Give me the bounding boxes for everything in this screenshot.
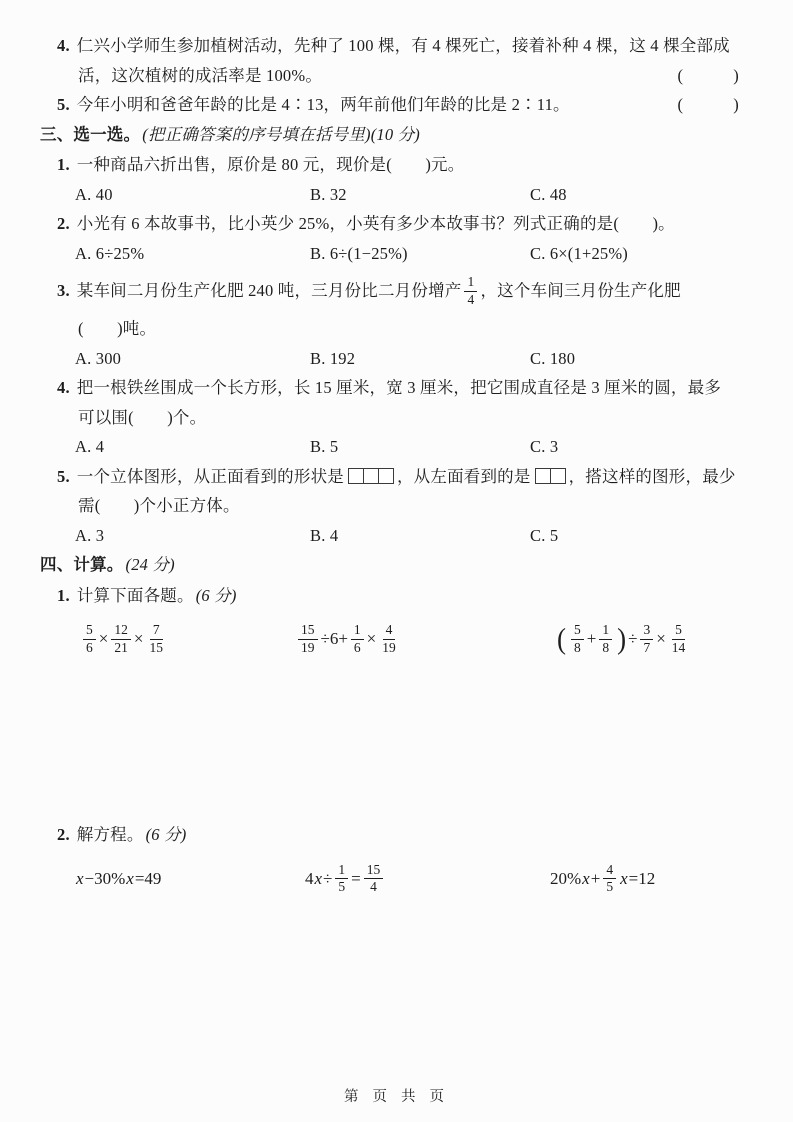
math-text: × [134,629,144,649]
fraction: 514 [669,622,689,655]
work-space [40,668,755,820]
calc-expressions-row: 56×1221×715 1519÷6+16×419 (58+18)÷37×514 [80,610,755,668]
paper-content: 4.仁兴小学师生参加植树活动，先种了 100 棵，有 4 棵死亡，接着补种 4 … [0,0,793,908]
fraction: 16 [351,622,364,655]
big-parenthesis: ) [617,622,626,655]
math-text: × [367,629,377,649]
choice-question-4-line1: 4.把一根铁丝围成一个长方形，长 15 厘米，宽 3 厘米，把它围成直径是 3 … [57,373,755,403]
option-c: C. 48 [530,180,755,210]
square-cell [535,468,551,484]
choice-question-4-line2: 可以围( )个。 [78,403,755,433]
choice-question-1: 1.一种商品六折出售，原价是 80 元，现价是( )元。 [57,150,755,180]
choice-question-3-options: A. 300 B. 192 C. 180 [75,344,755,374]
question-number: 4. [57,378,70,397]
math-text: =12 [629,869,656,889]
option-b: B. 6÷(1−25%) [310,239,530,269]
subsection-number: 2. [57,825,70,844]
section-title: 四、计算。 [40,556,124,574]
variable: x [76,869,84,889]
subsection-score: (6 分) [146,825,187,844]
question-text: 今年小明和爸爸年龄的比是 4∶13，两年前他们年龄的比是 2∶11。 [77,95,570,114]
section-choice-header: 三、选一选。(把正确答案的序号填在括号里)(10 分) [40,120,755,151]
section-calc-header: 四、计算。(24 分) [40,550,755,581]
math-text: 某车间二月份生产化肥 240 吨，三月份比二月份增产 [77,276,462,306]
question-number: 2. [57,214,70,233]
math-text: 一个立体图形，从正面看到的形状是 [77,462,344,492]
math-text: −30% [85,869,126,889]
option-c: C. 180 [530,344,755,374]
judge-question-5: 5.今年小明和爸爸年龄的比是 4∶13，两年前他们年龄的比是 2∶11。 ( ) [57,90,755,120]
equation-3: 20%x+45x=12 [550,862,755,895]
choice-question-3-line2: ( )吨。 [78,314,755,344]
option-a: A. 4 [75,432,310,462]
expression-1: 56×1221×715 [80,622,295,655]
math-text: ÷6+ [321,629,348,649]
equation-2: 4x÷15=154 [305,862,550,895]
view-shape-squares [535,468,565,484]
fraction: 45 [603,862,616,895]
question-text: 需( )个小正方体。 [78,496,240,515]
calc-subsection-1: 1.计算下面各题。(6 分) [57,581,755,611]
question-text: 仁兴小学师生参加植树活动，先种了 100 棵，有 4 棵死亡，接着补种 4 棵，… [77,36,730,55]
variable: x [582,869,590,889]
answer-bracket: ( ) [678,90,740,120]
option-a: A. 6÷25% [75,239,310,269]
variable: x [126,869,134,889]
option-a: A. 300 [75,344,310,374]
choice-question-5-line1: 5.一个立体图形，从正面看到的形状是，从左面看到的是，搭这样的图形，最少 [57,462,755,492]
question-text: 把一根铁丝围成一个长方形，长 15 厘米，宽 3 厘米，把它围成直径是 3 厘米… [77,378,721,397]
answer-bracket: ( ) [678,61,740,91]
section-score: (24 分) [126,555,175,574]
square-cell [378,468,394,484]
section-instructions: (把正确答案的序号填在括号里)(10 分) [142,125,420,144]
calc-subsection-2: 2.解方程。(6 分) [57,820,755,850]
choice-question-1-options: A. 40 B. 32 C. 48 [75,180,755,210]
option-b: B. 192 [310,344,530,374]
option-b: B. 32 [310,180,530,210]
fraction: 15 [335,862,348,895]
choice-question-5-line2: 需( )个小正方体。 [78,491,755,521]
subsection-score: (6 分) [196,586,237,605]
fraction: 1221 [111,622,131,655]
variable: x [620,869,628,889]
expression-2: 1519÷6+16×419 [295,622,555,655]
question-number: 1. [57,155,70,174]
fraction: 14 [464,274,477,307]
question-text: 活，这次植树的成活率是 100%。 [78,61,322,91]
variable: x [315,869,323,889]
fraction: 37 [640,622,653,655]
math-text: ，这个车间三月份生产化肥 [480,276,680,306]
choice-question-5-options: A. 3 B. 4 C. 5 [75,521,755,551]
option-b: B. 5 [310,432,530,462]
fraction: 18 [599,622,612,655]
math-text: ，从左面看到的是 [397,462,531,492]
math-text: =49 [135,869,162,889]
choice-question-3-line1: 3.某车间二月份生产化肥 240 吨，三月份比二月份增产14，这个车间三月份生产… [57,268,755,314]
math-text: + [587,629,597,649]
question-text-with-fraction: 某车间二月份生产化肥 240 吨，三月份比二月份增产14，这个车间三月份生产化肥 [77,274,681,307]
big-parenthesis: ( [557,622,566,655]
subsection-number: 1. [57,586,70,605]
fraction: 1519 [298,622,318,655]
fraction: 58 [571,622,584,655]
option-c: C. 5 [530,521,755,551]
question-text: 一种商品六折出售，原价是 80 元，现价是( )元。 [77,155,465,174]
square-cell [363,468,379,484]
choice-question-4-options: A. 4 B. 5 C. 3 [75,432,755,462]
math-text: + [591,869,601,889]
subsection-label: 计算下面各题。 [77,586,194,605]
question-number: 3. [57,276,70,306]
math-text: 4 [305,869,314,889]
test-paper-page: 4.仁兴小学师生参加植树活动，先种了 100 棵，有 4 棵死亡，接着补种 4 … [0,0,793,1122]
math-text: × [656,629,666,649]
math-text: ÷ [628,629,637,649]
question-number: 4. [57,36,70,55]
question-text-with-view-shapes: 一个立体图形，从正面看到的形状是，从左面看到的是，搭这样的图形，最少 [77,462,736,492]
choice-question-2-options: A. 6÷25% B. 6÷(1−25%) C. 6×(1+25%) [75,239,755,269]
question-number: 5. [57,95,70,114]
view-shape-squares [348,468,393,484]
option-b: B. 4 [310,521,530,551]
fraction: 715 [146,622,166,655]
option-c: C. 3 [530,432,755,462]
question-text: 小光有 6 本故事书，比小英少 25%，小英有多少本故事书？列式正确的是( )。 [77,214,675,233]
fraction: 154 [364,862,384,895]
fraction: 419 [379,622,399,655]
subsection-label: 解方程。 [77,825,144,844]
judge-question-4-line1: 4.仁兴小学师生参加植树活动，先种了 100 棵，有 4 棵死亡，接着补种 4 … [57,31,755,61]
solve-equations-row: x−30%x=49 4x÷15=154 20%x+45x=12 [75,850,755,908]
page-footer: 第 页 共 页 [0,1085,793,1106]
math-text: × [99,629,109,649]
math-text: ，搭这样的图形，最少 [569,462,736,492]
question-text: 可以围( )个。 [78,408,206,427]
question-number: 5. [57,467,70,486]
equation-1: x−30%x=49 [75,869,305,889]
math-text: = [351,869,361,889]
fraction: 56 [83,622,96,655]
square-cell [550,468,566,484]
square-cell [348,468,364,484]
expression-3: (58+18)÷37×514 [555,622,755,655]
question-text: ( )吨。 [78,319,156,338]
math-text: ÷ [323,869,332,889]
option-a: A. 3 [75,521,310,551]
choice-question-2: 2.小光有 6 本故事书，比小英少 25%，小英有多少本故事书？列式正确的是( … [57,209,755,239]
judge-question-4-line2: 活，这次植树的成活率是 100%。 ( ) [78,61,755,91]
section-title: 三、选一选。 [40,126,140,144]
math-text: 20% [550,869,581,889]
option-a: A. 40 [75,180,310,210]
option-c: C. 6×(1+25%) [530,239,755,269]
